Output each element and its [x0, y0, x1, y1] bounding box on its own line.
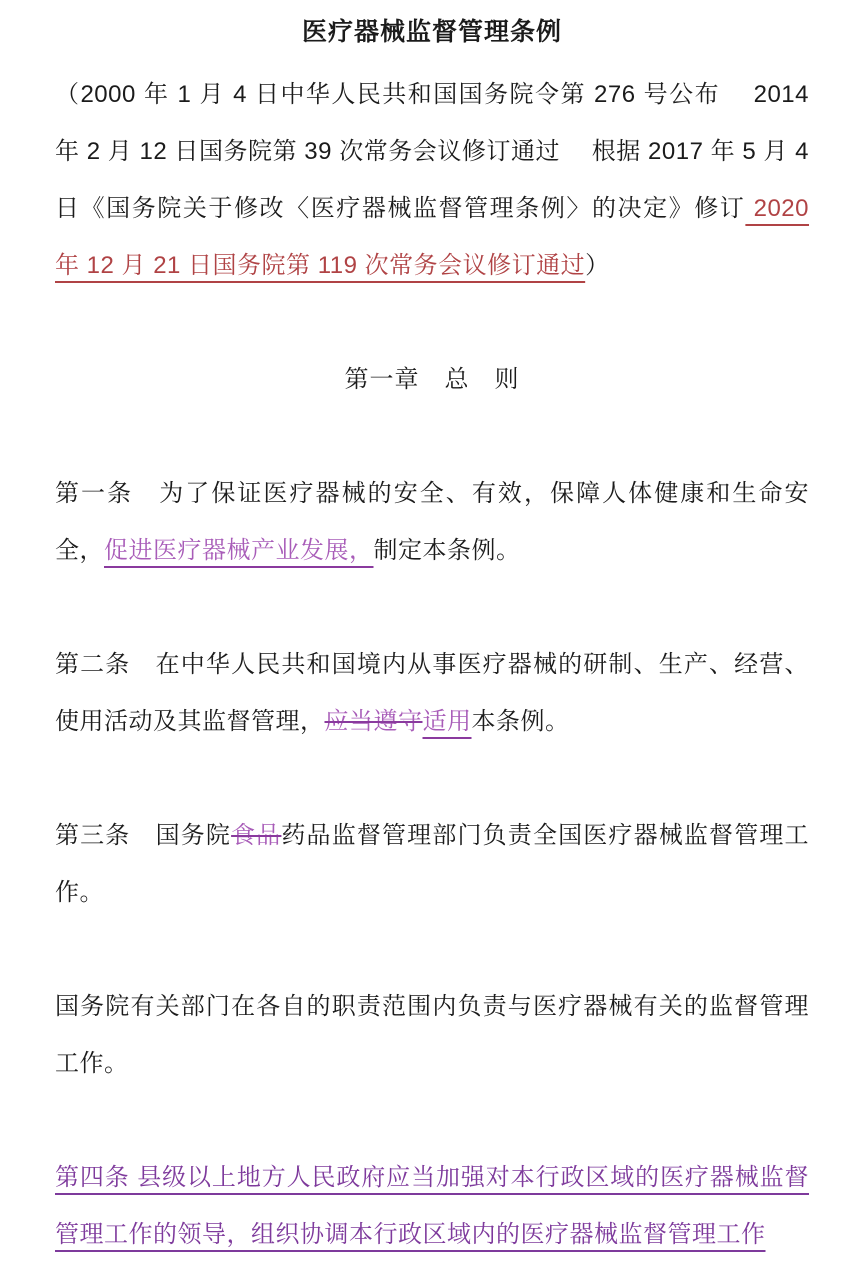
text-segment-normal: （2000 年 1 月 4 日中华人民共和国国务院令第 276 号公布 2014… [55, 81, 809, 222]
text-segment-normal: 本条例。 [472, 708, 570, 735]
preamble-paragraph: （2000 年 1 月 4 日中华人民共和国国务院令第 276 号公布 2014… [55, 66, 809, 294]
article-3-second-paragraph: 国务院有关部门在各自的职责范围内负责与医疗器械有关的监督管理工作。 [55, 978, 809, 1092]
text-segment-normal: 国务院有关部门在各自的职责范围内负责与医疗器械有关的监督管理工作。 [55, 993, 809, 1077]
text-segment-normal: 制定本条例。 [374, 537, 521, 564]
chapter-heading: 第一章 总 则 [55, 351, 809, 408]
document-title: 医疗器械监督管理条例 [55, 12, 809, 52]
text-segment-normal: 第一章 总 则 [345, 366, 520, 393]
text-segment-insert-purple-dark: 第四条 县级以上地方人民政府应当加强对本行政区域的医疗器械监督管理工作的领导，组… [55, 1164, 809, 1248]
article-3-paragraph: 第三条 国务院食品药品监督管理部门负责全国医疗器械监督管理工作。 [55, 807, 809, 921]
document-page: 医疗器械监督管理条例 （2000 年 1 月 4 日中华人民共和国国务院令第 2… [0, 0, 861, 1268]
article-1-paragraph: 第一条 为了保证医疗器械的安全、有效，保障人体健康和生命安全，促进医疗器械产业发… [55, 465, 809, 579]
text-segment-change-purple-ins: 促进医疗器械产业发展， [104, 537, 374, 564]
text-segment-normal: 第三条 国务院 [55, 822, 231, 849]
document-body: （2000 年 1 月 4 日中华人民共和国国务院令第 276 号公布 2014… [55, 66, 809, 1263]
text-segment-change-purple-del: 食品 [231, 822, 281, 849]
text-segment-change-purple-ins: 适用 [423, 708, 472, 735]
text-segment-normal: ） [585, 252, 610, 279]
article-2-paragraph: 第二条 在中华人民共和国境内从事医疗器械的研制、生产、经营、使用活动及其监督管理… [55, 636, 809, 750]
article-4-paragraph: 第四条 县级以上地方人民政府应当加强对本行政区域的医疗器械监督管理工作的领导，组… [55, 1149, 809, 1263]
text-segment-change-purple-del: 应当遵守 [325, 708, 423, 735]
